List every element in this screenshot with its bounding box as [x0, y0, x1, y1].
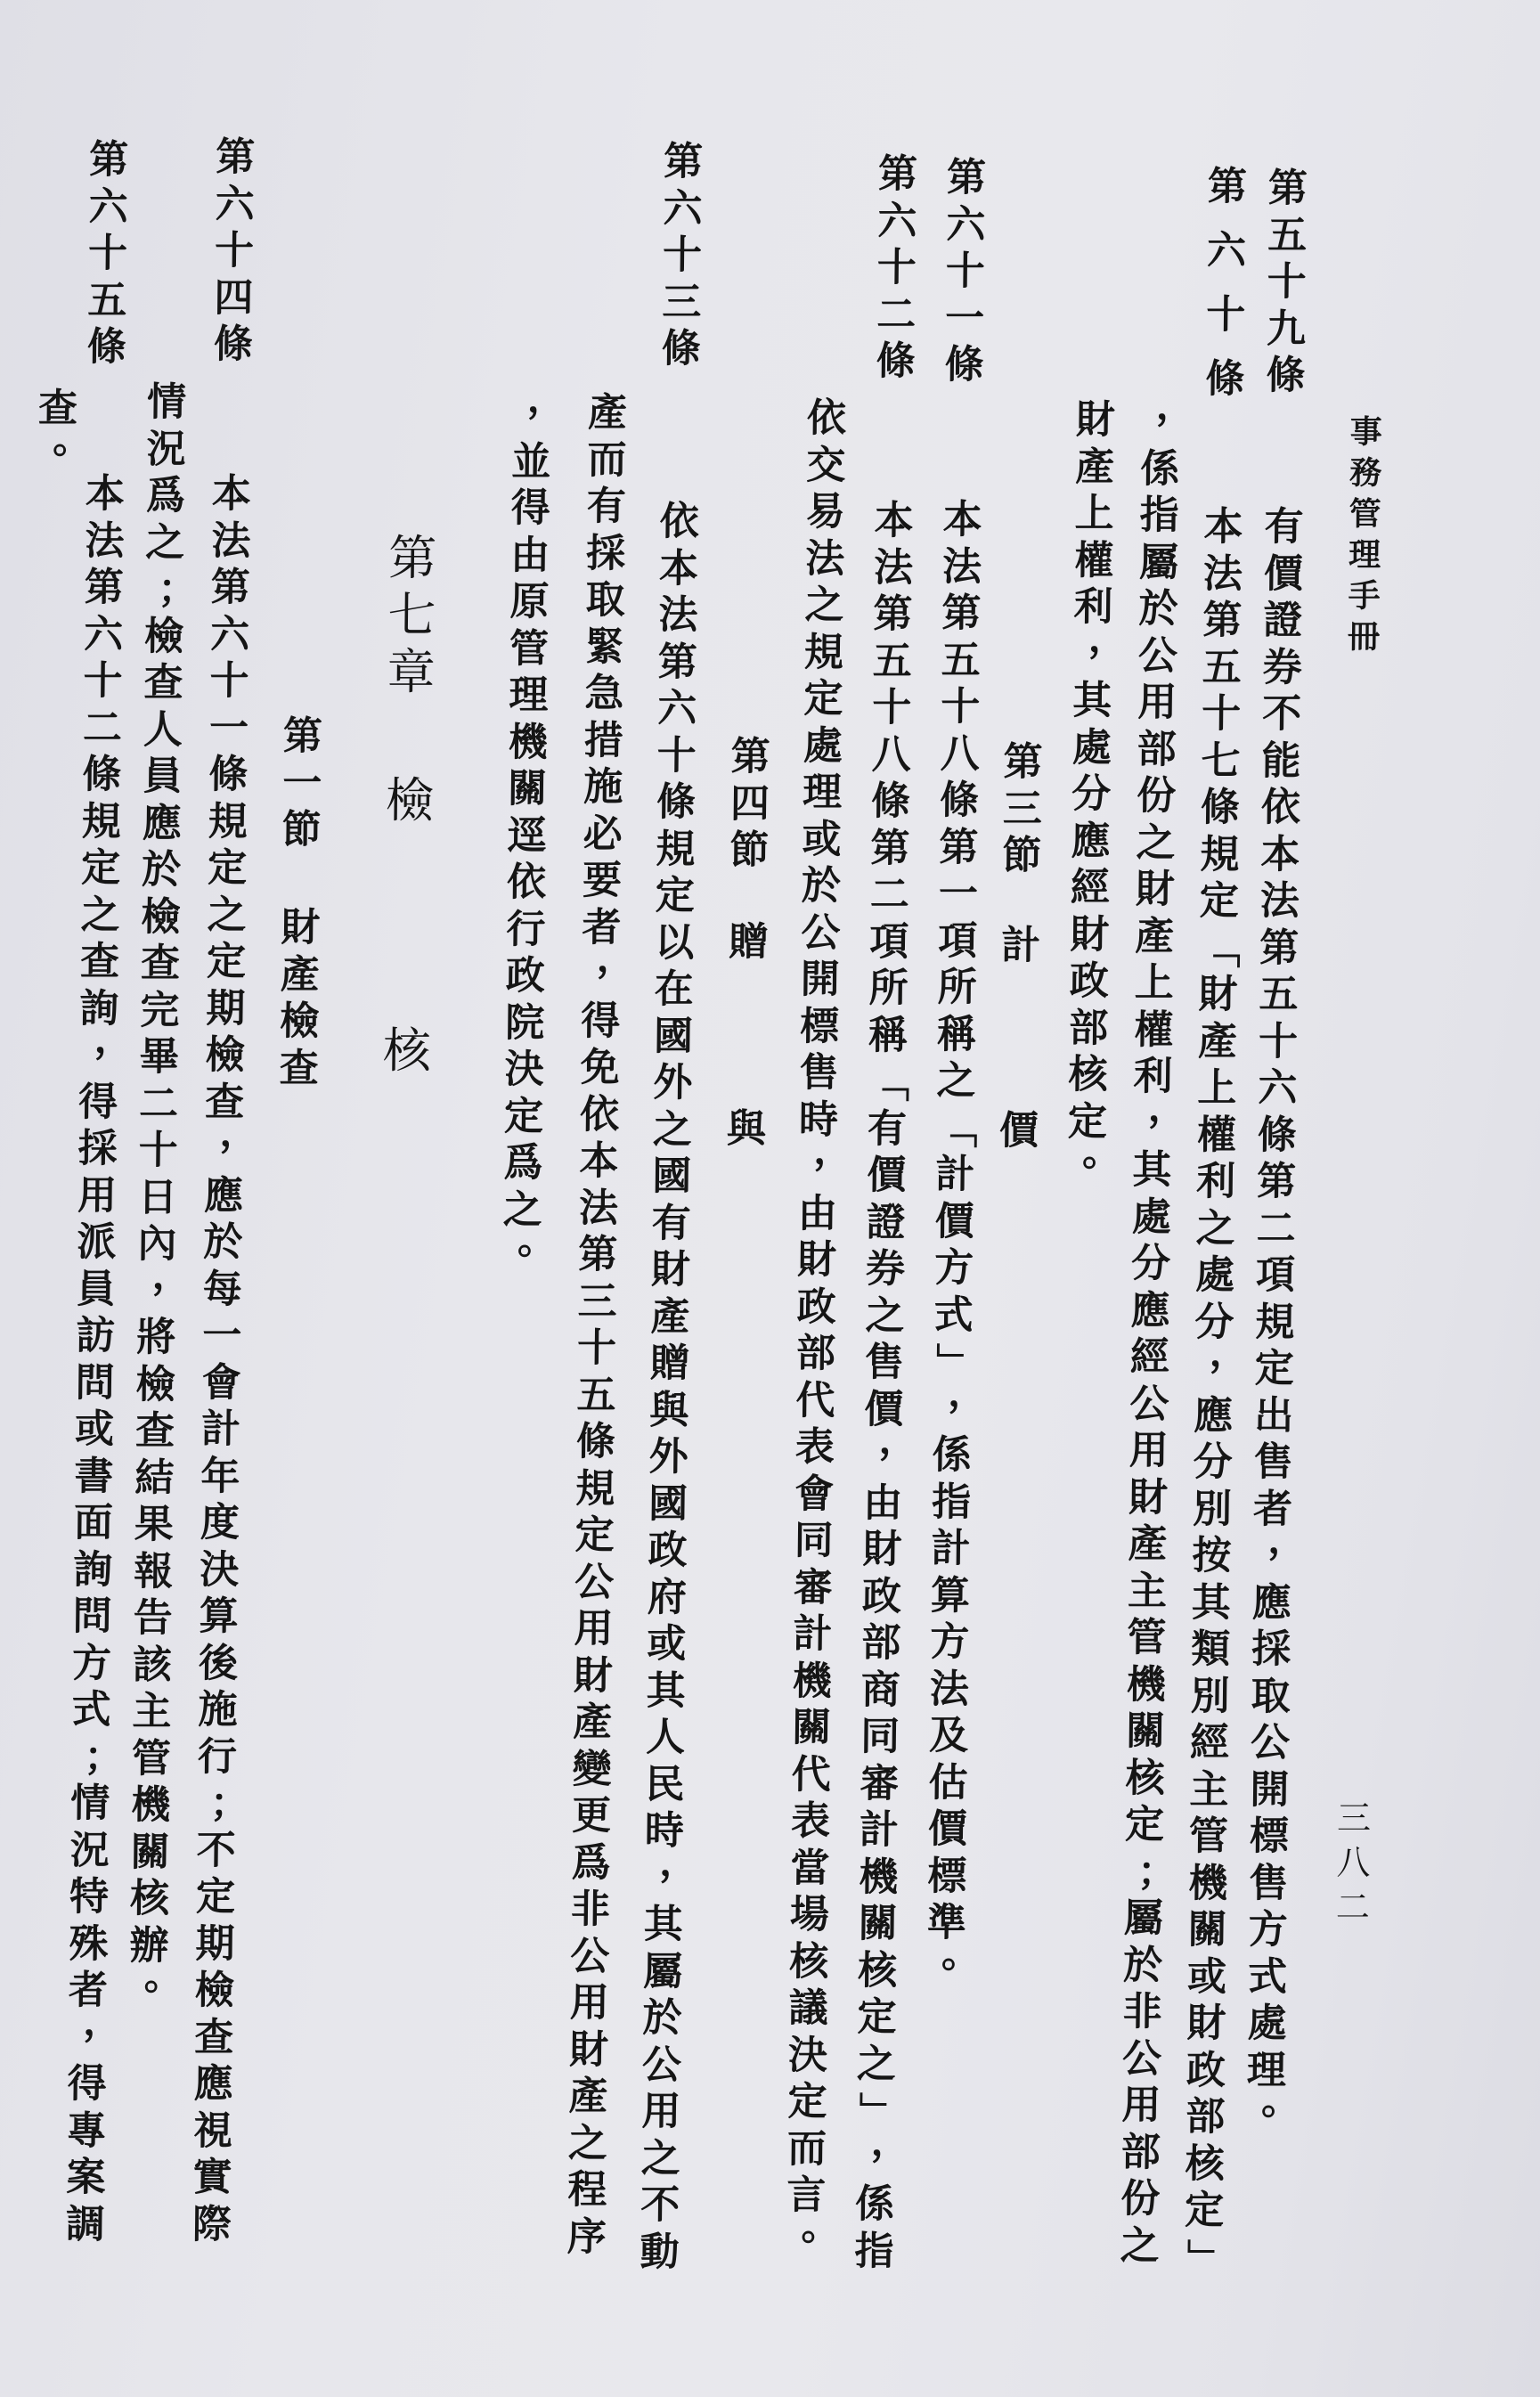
glyph: 政 — [1065, 958, 1112, 1006]
glyph: 上 — [1130, 960, 1177, 1007]
glyph: 第 — [869, 591, 917, 639]
glyph: 在 — [650, 966, 697, 1014]
glyph: 之 — [861, 1293, 909, 1341]
glyph: 應 — [1190, 1393, 1237, 1440]
glyph: ； — [154, 567, 201, 614]
glyph: 而 — [583, 437, 631, 485]
glyph: 二 — [873, 292, 920, 339]
glyph: 贈 — [647, 1341, 694, 1388]
glyph: 「 — [1195, 925, 1243, 972]
glyph: 年 — [197, 1454, 244, 1501]
glyph: 三 — [999, 787, 1047, 834]
glyph: 及 — [925, 1713, 973, 1760]
section-title-char: 與 — [723, 1106, 770, 1154]
glyph: 代 — [792, 1378, 839, 1425]
glyph: 二 — [867, 872, 914, 919]
glyph: 八 — [1330, 1840, 1377, 1885]
glyph: 由 — [860, 1480, 907, 1528]
glyph: 告 — [129, 1595, 176, 1643]
glyph: 章 — [382, 644, 440, 701]
glyph: 計 — [998, 923, 1045, 970]
glyph: 計 — [789, 1611, 836, 1659]
glyph: 之 — [801, 583, 848, 630]
glyph: 交 — [803, 443, 850, 490]
glyph: 八 — [936, 731, 983, 779]
glyph: 府 — [644, 1575, 691, 1622]
glyph: 果 — [131, 1502, 178, 1549]
glyph: 主 — [1186, 1767, 1233, 1814]
glyph: 第 — [1256, 925, 1303, 973]
glyph: 九 — [1263, 306, 1310, 354]
glyph: 訪 — [72, 1313, 119, 1360]
glyph: 要 — [579, 858, 626, 905]
glyph: 同 — [790, 1518, 837, 1565]
glyph: 畢 — [135, 1034, 183, 1081]
glyph: 定 — [652, 873, 699, 920]
glyph: 逕 — [503, 813, 550, 860]
glyph: 政 — [793, 1284, 840, 1332]
glyph: 二 — [1252, 1206, 1300, 1253]
glyph: 第 — [999, 739, 1047, 787]
glyph: 政 — [644, 1528, 691, 1575]
glyph: 當 — [786, 1846, 834, 1893]
glyph: 六 — [85, 184, 132, 232]
glyph: 五 — [84, 278, 131, 325]
glyph: ， — [875, 1417, 922, 1464]
glyph: 稱 — [933, 1012, 981, 1059]
glyph: 十 — [874, 245, 921, 292]
glyph: 所 — [865, 966, 912, 1013]
glyph: 分 — [1128, 1241, 1175, 1288]
glyph: 部 — [793, 1331, 840, 1378]
glyph: 。 — [140, 1953, 187, 2001]
glyph: 一 — [199, 1313, 246, 1360]
article-text-line: 本法第五十八條第一項所稱之「計價方式」，係指計算方法及估價標準。 — [923, 497, 986, 1993]
glyph: 法 — [81, 518, 128, 566]
article-label: 第六十二條 — [872, 151, 921, 386]
glyph: 條 — [1262, 353, 1309, 400]
glyph: 經 — [1127, 1334, 1174, 1382]
glyph: 方 — [69, 1641, 116, 1688]
glyph: 之 — [853, 2042, 900, 2089]
glyph: 產 — [277, 952, 324, 999]
glyph: 財 — [570, 1653, 617, 1700]
glyph: 核 — [1181, 2141, 1228, 2189]
glyph: 急 — [581, 671, 628, 718]
glyph: 本 — [82, 471, 129, 518]
glyph: 方 — [926, 1619, 974, 1667]
glyph: 係 — [851, 2181, 899, 2229]
glyph: 第 — [935, 825, 982, 872]
glyph: 財 — [566, 2027, 613, 2075]
glyph: 法 — [1256, 878, 1303, 925]
glyph: 其 — [1188, 1580, 1235, 1627]
glyph: 計 — [198, 1406, 245, 1454]
glyph: 人 — [140, 707, 187, 754]
glyph: 公 — [1126, 1382, 1173, 1429]
glyph: 同 — [857, 1714, 904, 1761]
glyph: 二 — [1330, 1885, 1377, 1929]
glyph: 有 — [1260, 504, 1308, 551]
glyph: 施 — [580, 764, 627, 811]
article-label: 第六十四條 — [210, 135, 259, 369]
glyph: 第 — [80, 565, 127, 612]
glyph: 屬 — [1120, 1896, 1168, 1943]
glyph: 第 — [1265, 166, 1312, 213]
glyph: 權 — [1130, 1007, 1177, 1055]
glyph: 情 — [67, 1781, 114, 1828]
glyph: 人 — [642, 1715, 689, 1762]
glyph: 序 — [563, 2214, 610, 2262]
glyph: 本 — [575, 1138, 623, 1186]
glyph: 其 — [1069, 678, 1116, 725]
glyph: 之 — [1132, 820, 1179, 868]
glyph: 份 — [1133, 773, 1180, 820]
glyph: 規 — [77, 799, 125, 846]
glyph: 公 — [1247, 1720, 1294, 1767]
glyph: 核 — [1121, 1756, 1169, 1803]
glyph: 五 — [1264, 213, 1311, 260]
glyph: 按 — [1188, 1533, 1235, 1580]
glyph: 用 — [1118, 2083, 1165, 2130]
article-text-line: 財產上權利，其處分應經財政部核定。 — [1063, 397, 1119, 1193]
glyph: 之 — [203, 893, 250, 940]
glyph: 財 — [1183, 2001, 1230, 2048]
glyph: 行 — [502, 907, 550, 954]
glyph: 與 — [723, 1106, 770, 1154]
glyph: ， — [592, 935, 640, 982]
glyph: 第 — [1199, 598, 1246, 645]
glyph: 依 — [803, 395, 851, 443]
glyph: 十 — [211, 228, 258, 275]
glyph: 開 — [1246, 1767, 1293, 1814]
glyph: 五 — [1255, 972, 1302, 1019]
glyph: 上 — [1194, 1065, 1241, 1113]
glyph: ； — [1134, 1849, 1181, 1896]
glyph: 方 — [931, 1245, 978, 1292]
glyph: 四 — [727, 781, 774, 828]
glyph: 得 — [507, 485, 554, 533]
glyph: 理 — [799, 770, 846, 817]
glyph: 六 — [80, 612, 127, 659]
glyph: 十 — [1263, 259, 1310, 306]
glyph: 之 — [77, 893, 124, 940]
glyph: 專 — [63, 2108, 110, 2156]
scanned-book-page: 事務管理手冊 三八二 第五十九條 有價證券不能依本法第五十六條第二項規定出售者，… — [0, 0, 1540, 2397]
glyph: 條 — [210, 322, 257, 369]
glyph: 定 — [203, 939, 250, 986]
glyph: 條 — [205, 752, 252, 799]
glyph: ， — [810, 1128, 857, 1175]
glyph: 規 — [572, 1466, 619, 1513]
glyph: 「 — [864, 1059, 911, 1105]
glyph: 二 — [79, 705, 126, 753]
glyph: 處 — [1068, 725, 1115, 772]
glyph: 項 — [866, 919, 913, 966]
article-text-line: 依交易法之規定處理或於公開標售時，由財政部代表會同審計機關代表當場核議決定而言。 — [782, 395, 850, 2266]
running-title: 事務管理手冊 — [1343, 412, 1387, 658]
glyph: 應 — [1067, 819, 1114, 866]
glyph: 一 — [935, 871, 982, 918]
glyph: 部 — [1065, 1006, 1112, 1053]
glyph: 定 — [1251, 1346, 1299, 1393]
glyph: 有 — [648, 1201, 695, 1248]
glyph: 。 — [797, 2204, 844, 2251]
glyph: 本 — [1257, 832, 1304, 879]
glyph: 完 — [136, 988, 183, 1035]
glyph: 第 — [727, 734, 774, 781]
glyph: 定 — [77, 845, 125, 893]
glyph: 視 — [190, 2108, 237, 2156]
glyph: 六 — [207, 612, 254, 659]
glyph: 權 — [1071, 538, 1118, 585]
glyph: 條 — [868, 779, 915, 826]
page-content: 事務管理手冊 三八二 第五十九條 有價證券不能依本法第五十六條第二項規定出售者，… — [0, 0, 1540, 2397]
article-text-line: 有價證券不能依本法第五十六條第二項規定出售者，應採取公開標售方式處理。 — [1243, 504, 1308, 2141]
glyph: 爲 — [567, 1840, 615, 1887]
glyph: 得 — [63, 2061, 110, 2108]
glyph: 券 — [862, 1246, 909, 1293]
glyph: 產 — [1194, 1019, 1242, 1066]
glyph: 十 — [1202, 292, 1250, 356]
glyph: 核 — [786, 1939, 833, 1986]
glyph: 之 — [142, 520, 189, 567]
glyph: 條 — [1253, 1113, 1300, 1160]
glyph: 之 — [565, 2121, 612, 2168]
glyph: 有 — [583, 484, 631, 531]
article-label: 第五十九條 — [1262, 166, 1311, 400]
glyph: ； — [80, 1734, 127, 1781]
glyph: 「 — [932, 1105, 979, 1152]
glyph: 一 — [206, 705, 253, 753]
glyph: 法 — [939, 544, 986, 591]
glyph: 條 — [872, 338, 919, 386]
glyph: 之 — [933, 1058, 980, 1105]
glyph: 本 — [208, 471, 256, 518]
glyph: 其 — [1129, 1147, 1176, 1194]
glyph: 六 — [874, 199, 921, 246]
glyph: ， — [1205, 1330, 1252, 1377]
glyph: 非 — [1119, 1989, 1166, 2036]
glyph: 一 — [279, 761, 326, 808]
glyph: 定 — [784, 2079, 831, 2126]
glyph: 。 — [938, 1931, 985, 1978]
glyph: 節 — [726, 828, 773, 875]
glyph: 會 — [791, 1472, 838, 1519]
glyph: 計 — [856, 1807, 903, 1855]
glyph: 檢 — [191, 1968, 239, 2015]
glyph: 式 — [1244, 1954, 1291, 2002]
glyph: 二 — [135, 1081, 183, 1129]
glyph: 行 — [194, 1734, 241, 1781]
glyph: 情 — [143, 379, 191, 427]
glyph: 財 — [1072, 397, 1120, 444]
glyph: 」 — [1180, 2235, 1227, 2281]
glyph: 管 — [506, 626, 553, 673]
glyph: 取 — [582, 577, 629, 624]
glyph: 檢 — [141, 614, 188, 661]
glyph: 。 — [1258, 2078, 1305, 2125]
glyph: 或 — [71, 1406, 118, 1454]
glyph: 面 — [70, 1500, 118, 1547]
glyph: 或 — [1184, 1954, 1231, 2002]
glyph: 有 — [864, 1106, 911, 1154]
glyph: 定 — [192, 1874, 240, 1921]
glyph: 於 — [138, 847, 185, 894]
glyph: 採 — [1248, 1627, 1295, 1674]
glyph: 法 — [870, 545, 917, 592]
glyph: ， — [867, 2119, 914, 2166]
article-text-line: 依本法第六十條規定以在國外之國有財產贈與外國政府或其人民時，其屬於公用之不動 — [636, 499, 703, 2276]
glyph: 公 — [797, 910, 844, 958]
glyph: 十 — [941, 249, 989, 296]
glyph: 法 — [802, 536, 849, 583]
glyph: 不 — [192, 1828, 240, 1875]
glyph: 規 — [1251, 1300, 1299, 1347]
glyph: 關 — [504, 766, 551, 813]
glyph: 條 — [658, 326, 705, 373]
glyph: ， — [524, 376, 571, 423]
glyph: 五 — [1198, 645, 1245, 692]
glyph: 所 — [933, 965, 981, 1012]
glyph: 利 — [1193, 1159, 1240, 1206]
chapter-title-char: 檢 — [381, 772, 439, 829]
glyph: 於 — [200, 1219, 247, 1267]
article-text-line: 查。 — [34, 386, 81, 479]
glyph: 一 — [941, 296, 989, 343]
glyph: 七 — [383, 587, 441, 644]
glyph: 指 — [851, 2229, 898, 2276]
glyph: 第 — [574, 1232, 622, 1279]
glyph: 派 — [73, 1219, 120, 1267]
glyph: 於 — [1135, 586, 1182, 633]
glyph: 處 — [799, 723, 846, 770]
glyph: 十 — [574, 1325, 621, 1373]
glyph: 其 — [640, 1902, 687, 1949]
glyph: 產 — [1131, 914, 1178, 961]
glyph: 規 — [652, 827, 699, 874]
glyph: 產 — [569, 1700, 616, 1747]
glyph: 冊 — [1343, 617, 1385, 658]
glyph: 規 — [801, 630, 848, 677]
glyph: 不 — [637, 2182, 684, 2230]
glyph: ， — [1152, 383, 1199, 430]
glyph: 核 — [126, 1876, 174, 1923]
glyph: 每 — [200, 1267, 247, 1314]
glyph: 之 — [1192, 1206, 1239, 1253]
glyph: 第 — [660, 139, 707, 186]
glyph: 分 — [1068, 771, 1115, 819]
glyph: 價 — [931, 1199, 978, 1246]
glyph: 關 — [1184, 1907, 1231, 1954]
glyph: 務 — [1345, 453, 1387, 494]
glyph: 。 — [1079, 1129, 1126, 1177]
glyph: 計 — [927, 1526, 974, 1573]
glyph: 代 — [787, 1752, 835, 1799]
glyph: ， — [1144, 1085, 1191, 1132]
glyph: 條 — [941, 342, 988, 389]
glyph: 。 — [49, 417, 96, 464]
glyph: 依 — [1258, 785, 1305, 832]
glyph: 價 — [1260, 551, 1308, 599]
glyph: 屬 — [640, 1949, 687, 1996]
glyph: 公 — [639, 2042, 686, 2090]
glyph: 國 — [648, 1154, 696, 1201]
glyph: 程 — [564, 2167, 611, 2214]
glyph: 產 — [584, 390, 631, 437]
glyph: 標 — [796, 1004, 843, 1051]
glyph: 報 — [130, 1549, 177, 1596]
glyph: 應 — [190, 2061, 237, 2108]
glyph: 用 — [1134, 680, 1181, 727]
glyph: 機 — [1122, 1662, 1169, 1709]
glyph: 法 — [1200, 551, 1247, 599]
glyph: 財 — [1132, 867, 1179, 914]
glyph: 理 — [1344, 535, 1386, 576]
glyph: 場 — [786, 1892, 834, 1939]
glyph: 財 — [794, 1237, 841, 1284]
glyph: 由 — [507, 533, 554, 580]
glyph: 出 — [1251, 1393, 1298, 1440]
glyph: 而 — [784, 2126, 831, 2173]
glyph: 關 — [854, 1901, 901, 1948]
glyph: 檢 — [132, 1362, 179, 1409]
glyph: 價 — [863, 1153, 910, 1200]
glyph: 經 — [1067, 865, 1114, 912]
chapter-title-char: 核 — [379, 1023, 436, 1080]
glyph: 三 — [658, 280, 705, 327]
glyph: 證 — [862, 1200, 909, 1247]
article-text-line: ，係指屬於公用部份之財產上權利，其處分應經公用財產主管機關核定；屬於非公用部份之 — [1116, 399, 1184, 2270]
article-text-line: ，並得由原管理機關逕依行政院決定爲之。 — [499, 392, 555, 1281]
glyph: 會 — [198, 1360, 245, 1407]
glyph: 更 — [568, 1793, 615, 1840]
glyph: 非 — [567, 1887, 615, 1934]
glyph: 第 — [1203, 164, 1251, 228]
glyph: 十 — [134, 1128, 182, 1175]
glyph: 估 — [925, 1760, 972, 1807]
glyph: 應 — [1249, 1580, 1296, 1627]
glyph: 部 — [1182, 2094, 1229, 2141]
glyph: 員 — [139, 754, 186, 801]
glyph: 之 — [649, 1107, 697, 1154]
glyph: 查 — [140, 660, 187, 707]
glyph: 售 — [1250, 1439, 1297, 1487]
glyph: 定 — [1181, 2188, 1228, 2235]
glyph: 處 — [1243, 2001, 1291, 2048]
glyph: 政 — [1183, 2048, 1230, 2095]
glyph: 依 — [576, 1092, 623, 1139]
glyph: 第 — [384, 530, 442, 587]
glyph: 財 — [859, 1527, 906, 1574]
glyph: 爲 — [500, 1140, 547, 1187]
glyph: 十 — [937, 684, 984, 731]
glyph: 七 — [1197, 738, 1244, 786]
glyph: 應 — [1127, 1288, 1174, 1335]
glyph: 第 — [1253, 1159, 1300, 1206]
glyph: 本 — [656, 546, 703, 593]
glyph: 案 — [62, 2155, 110, 2202]
glyph: 第 — [867, 826, 914, 873]
article-label: 第六十條 — [1202, 164, 1251, 420]
glyph: 法 — [655, 592, 702, 640]
glyph: 八 — [868, 732, 915, 779]
glyph: 方 — [1244, 1907, 1291, 1954]
glyph: 於 — [1120, 1943, 1167, 1990]
article-text-line: 情況爲之；檢查人員應於檢查完畢二十日內，將檢查結果報告該主管機關核辦。 — [126, 379, 191, 2017]
glyph: 期 — [202, 986, 249, 1033]
glyph: 處 — [1192, 1252, 1239, 1300]
